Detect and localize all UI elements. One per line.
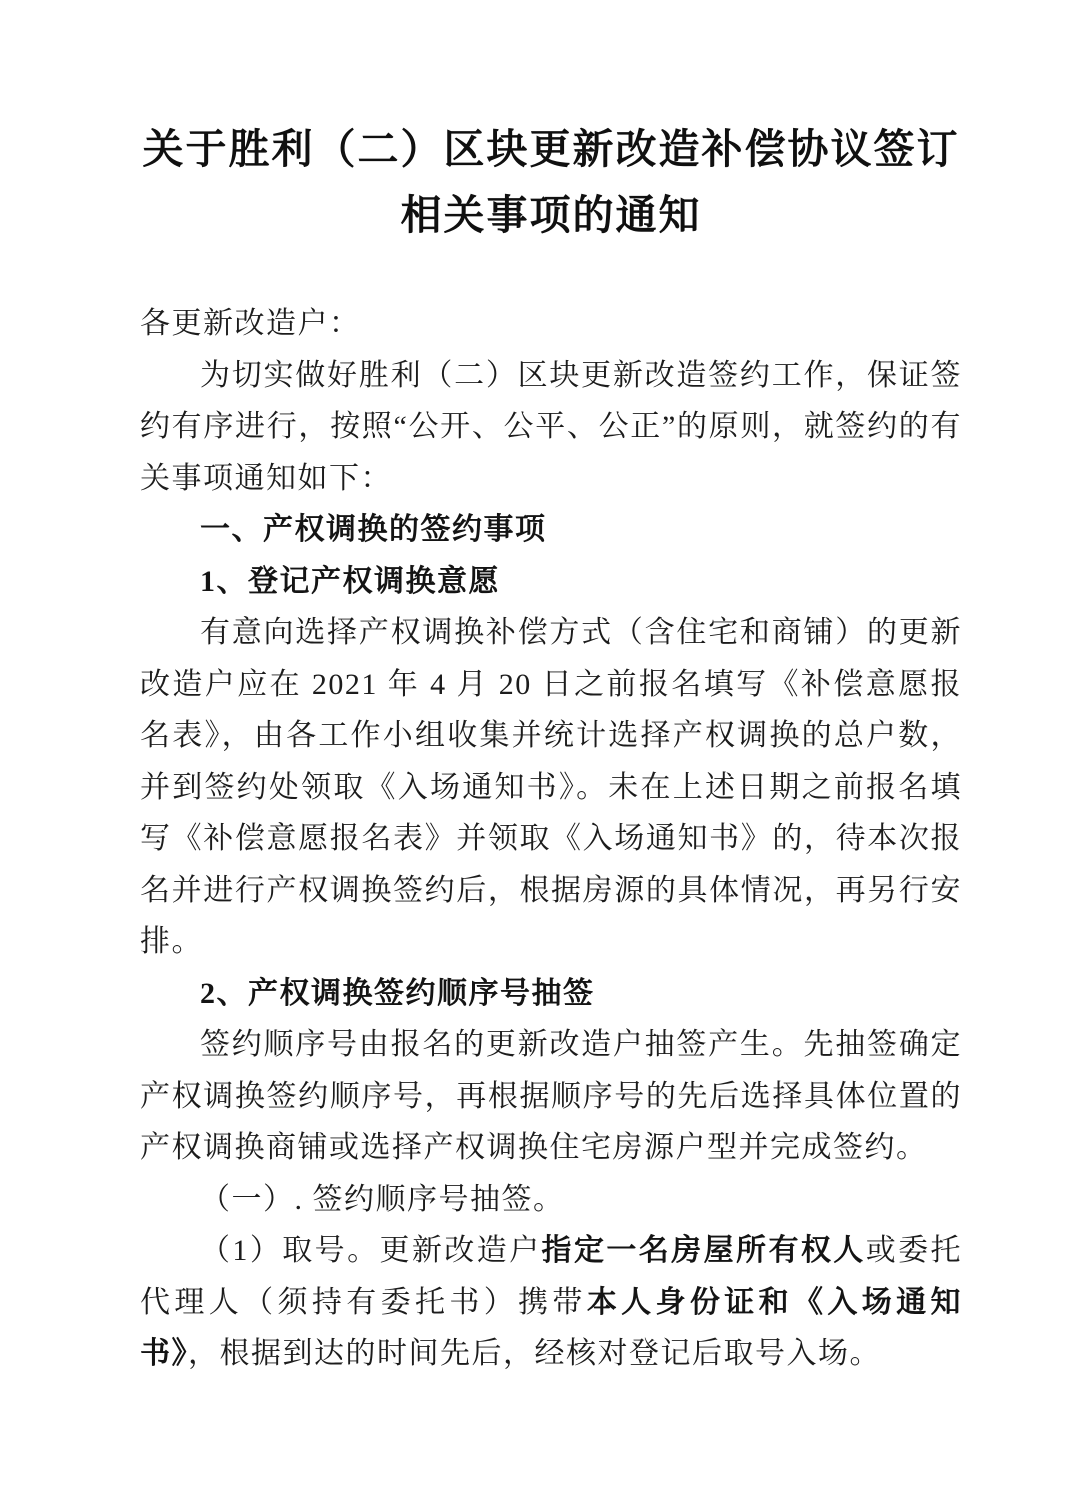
- subsection-2-body: 签约顺序号由报名的更新改造户抽签产生。先抽签确定产权调换签约顺序号，再根据顺序号…: [140, 1019, 962, 1174]
- notice-page: 关于胜利（二）区块更新改造补偿协议签订 相关事项的通知 各更新改造户： 为切实做…: [0, 0, 1080, 1485]
- document-title-line-1: 关于胜利（二）区块更新改造补偿协议签订: [140, 116, 962, 182]
- item-1-1-bold-owner: 指定一名房屋所有权人: [542, 1234, 866, 1267]
- subsection-1-body: 有意向选择产权调换补偿方式（含住宅和商铺）的更新改造户应在 2021 年 4 月…: [140, 607, 962, 968]
- document-title-line-2: 相关事项的通知: [140, 182, 962, 248]
- subsection-1-heading: 1、登记产权调换意愿: [140, 556, 962, 608]
- subsection-2-heading: 2、产权调换签约顺序号抽签: [140, 968, 962, 1020]
- item-1-heading: （一）. 签约顺序号抽签。: [140, 1174, 962, 1226]
- item-1-1-text-lead: （1）取号。更新改造户: [200, 1234, 542, 1267]
- document-title: 关于胜利（二）区块更新改造补偿协议签订 相关事项的通知: [140, 116, 962, 248]
- intro-paragraph: 为切实做好胜利（二）区块更新改造签约工作，保证签约有序进行，按照“公开、公平、公…: [140, 350, 962, 505]
- item-1-1-text-tail: ，根据到达的时间先后，经核对登记后取号入场。: [188, 1337, 881, 1370]
- salutation: 各更新改造户：: [140, 298, 962, 350]
- item-1-1-paragraph: （1）取号。更新改造户指定一名房屋所有权人或委托代理人（须持有委托书）携带本人身…: [140, 1225, 962, 1380]
- document-body: 各更新改造户： 为切实做好胜利（二）区块更新改造签约工作，保证签约有序进行，按照…: [140, 298, 962, 1380]
- section-1-heading: 一、产权调换的签约事项: [140, 504, 962, 556]
